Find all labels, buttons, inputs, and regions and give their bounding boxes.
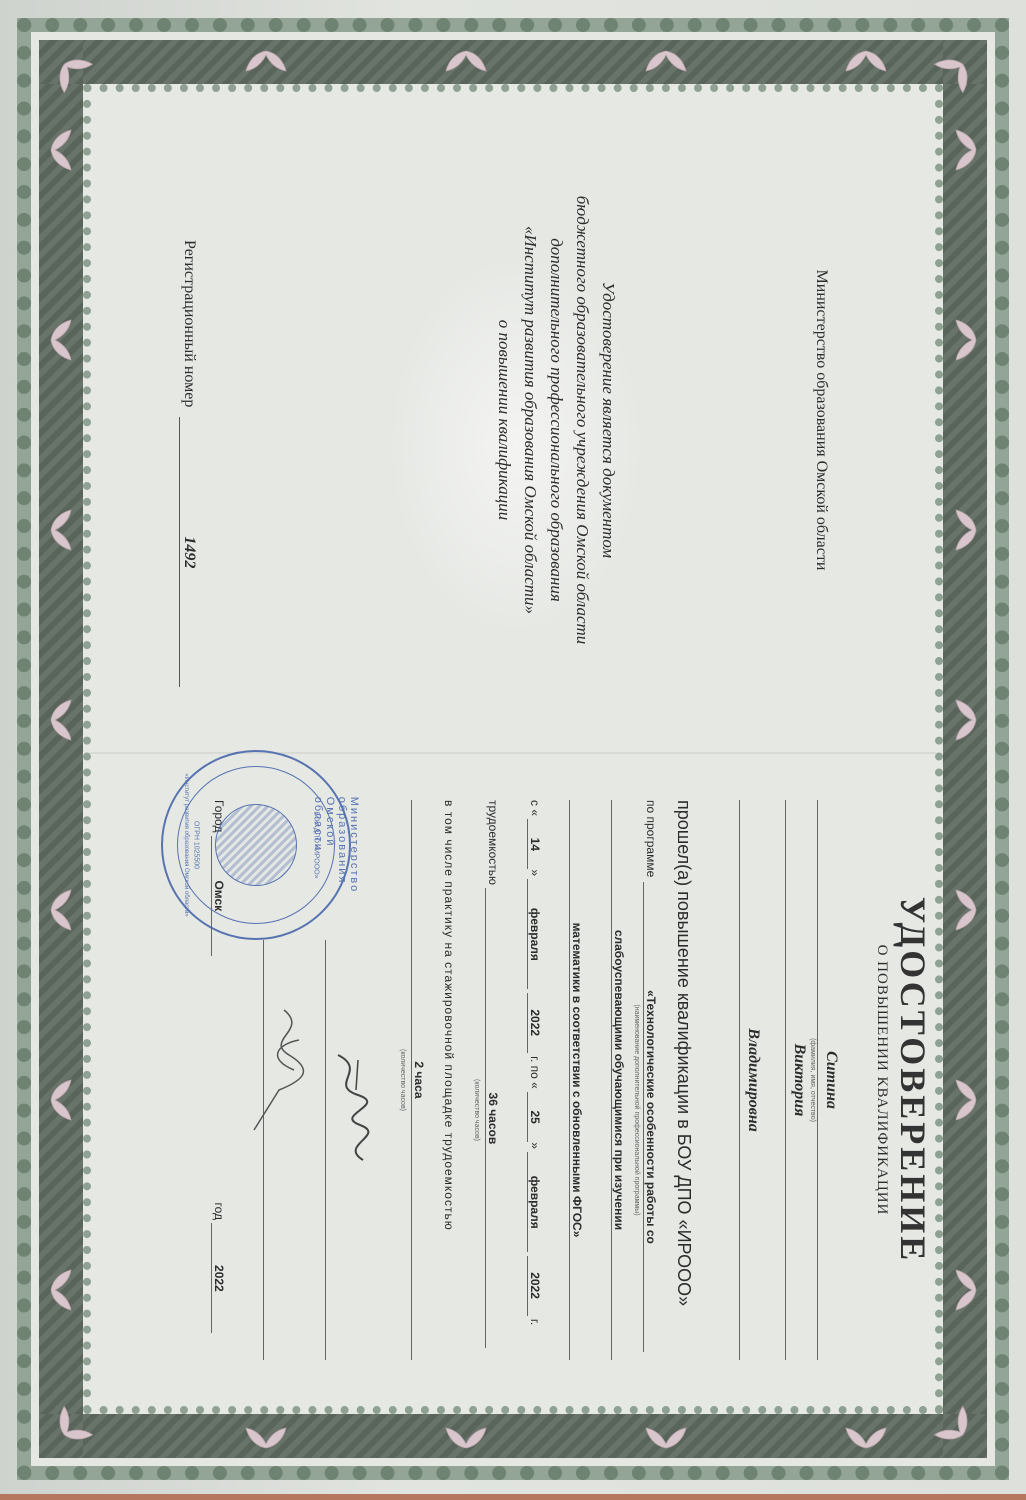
left-page: Министерство образования Омской области …: [106, 100, 926, 740]
stamp-line: ОГРН 1025500: [193, 821, 200, 869]
passed-text: прошел(а) повышение квалификации в БОУ Д…: [673, 800, 694, 1360]
right-page: УДОСТОВЕРЕНИЕ О ПОВЫШЕНИИ КВАЛИФИКАЦИИ С…: [106, 760, 926, 1400]
leaf-ornament-icon: [952, 128, 978, 172]
internship-caption: (количество часов): [399, 800, 406, 1360]
leaf-ornament-icon: [49, 698, 75, 742]
certificate: Министерство образования Омской области …: [0, 0, 1026, 1500]
fio-caption: (фамилия, имя, отчество): [809, 800, 816, 1360]
quote: »: [528, 1142, 542, 1149]
first-name: Виктория: [785, 800, 808, 1360]
program-row-3: математики в соответствии с обновленными…: [568, 800, 588, 1360]
statement-line: бюджетного образовательного учреждения О…: [569, 100, 595, 740]
internship-text: в том числе практику на стажировочной пл…: [442, 800, 456, 1360]
internship-value: 2 часа: [411, 800, 426, 1360]
leaf-ornament-icon: [644, 49, 688, 75]
program-label: по программе: [644, 800, 658, 877]
stamp-line: БОУ ДПО «ИРООО»: [313, 811, 320, 878]
leaf-ornament-icon: [49, 1078, 75, 1122]
date-to-year: 2022: [527, 1256, 542, 1316]
leaf-ornament-icon: [952, 1078, 978, 1122]
program-row-1: по программе «Технологические особенност…: [642, 800, 662, 1360]
stamp-line: «Институт развития образования Омской об…: [183, 773, 189, 916]
date-from-day: 14: [527, 819, 542, 869]
leaf-ornament-icon: [49, 128, 75, 172]
leaf-ornament-icon: [49, 888, 75, 932]
director-signature: [318, 1050, 378, 1170]
registration-label: Регистрационный номер: [181, 240, 198, 407]
leaf-ornament-icon: [644, 1424, 688, 1450]
leaf-ornament-icon: [244, 1424, 288, 1450]
leaf-ornament-icon: [952, 888, 978, 932]
internship-row: 2 часа: [411, 800, 426, 1360]
date-from-prefix: с «: [528, 800, 542, 816]
program-line-1: «Технологические особенности работы со: [643, 882, 658, 1352]
leaf-ornament-icon: [952, 698, 978, 742]
certificate-title: УДОСТОВЕРЕНИЕ: [892, 760, 934, 1400]
leaf-ornament-icon: [244, 49, 288, 75]
leaf-ornament-icon: [844, 49, 888, 75]
leaf-ornament-icon: [49, 1268, 75, 1312]
year-suffix: г.: [528, 1319, 542, 1325]
leaf-ornament-icon: [952, 508, 978, 552]
date-range-row: с « 14» февраля 2022 г. по « 25» февраля…: [527, 800, 542, 1360]
registration-number-row: Регистрационный номер 1492: [179, 240, 198, 687]
leaf-ornament-icon: [49, 318, 75, 362]
statement-line: «Институт развития образования Омской об…: [517, 100, 543, 740]
certificate-statement: Удостоверение является документом бюджет…: [491, 100, 621, 740]
secretary-signature: [244, 1000, 314, 1140]
official-stamp: Министерство образования Омской области …: [161, 750, 351, 940]
leaf-ornament-icon: [952, 1268, 978, 1312]
program-caption: (наименование дополнительной профессиона…: [633, 870, 640, 1350]
certificate-subtitle: О ПОВЫШЕНИИ КВАЛИФИКАЦИИ: [873, 760, 890, 1400]
date-to-day: 25: [527, 1092, 542, 1142]
year-label: год: [212, 1203, 226, 1221]
leaf-ornament-icon: [952, 318, 978, 362]
leaf-ornament-icon: [49, 508, 75, 552]
leaf-ornament-icon: [444, 49, 488, 75]
program-line-3: математики в соответствии с обновленными…: [569, 800, 584, 1360]
registration-number: 1492: [179, 417, 198, 687]
workload-caption: (количество часов): [473, 870, 480, 1350]
leaf-ornament-icon: [844, 1424, 888, 1450]
date-from-year: 2022: [527, 993, 542, 1053]
statement-line: дополнительного профессионального образо…: [543, 100, 569, 740]
workload-label: трудоемкостью: [486, 800, 500, 885]
statement-line: Удостоверение является документом: [595, 100, 621, 740]
date-from-month: февраля: [527, 879, 542, 989]
patronymic: Владимировна: [739, 800, 762, 1360]
workload-row: трудоемкостью 36 часов: [485, 800, 500, 1360]
workload-value: 36 часов: [485, 888, 500, 1348]
year-value: 2022: [211, 1223, 226, 1333]
quote: »: [528, 869, 542, 876]
surname: Ситина: [817, 800, 840, 1360]
leaf-ornament-icon: [444, 1424, 488, 1450]
statement-line: о повышении квалификации: [491, 100, 517, 740]
ministry-header: Министерство образования Омской области: [812, 100, 830, 740]
program-row-2: слабоуспевающими обучающимися при изучен…: [610, 800, 630, 1360]
date-to-month: февраля: [527, 1152, 542, 1252]
program-line-2: слабоуспевающими обучающимися при изучен…: [611, 800, 626, 1360]
stamp-text: Министерство образования Омской области …: [163, 752, 349, 938]
date-to-prefix: г. по «: [528, 1056, 542, 1089]
